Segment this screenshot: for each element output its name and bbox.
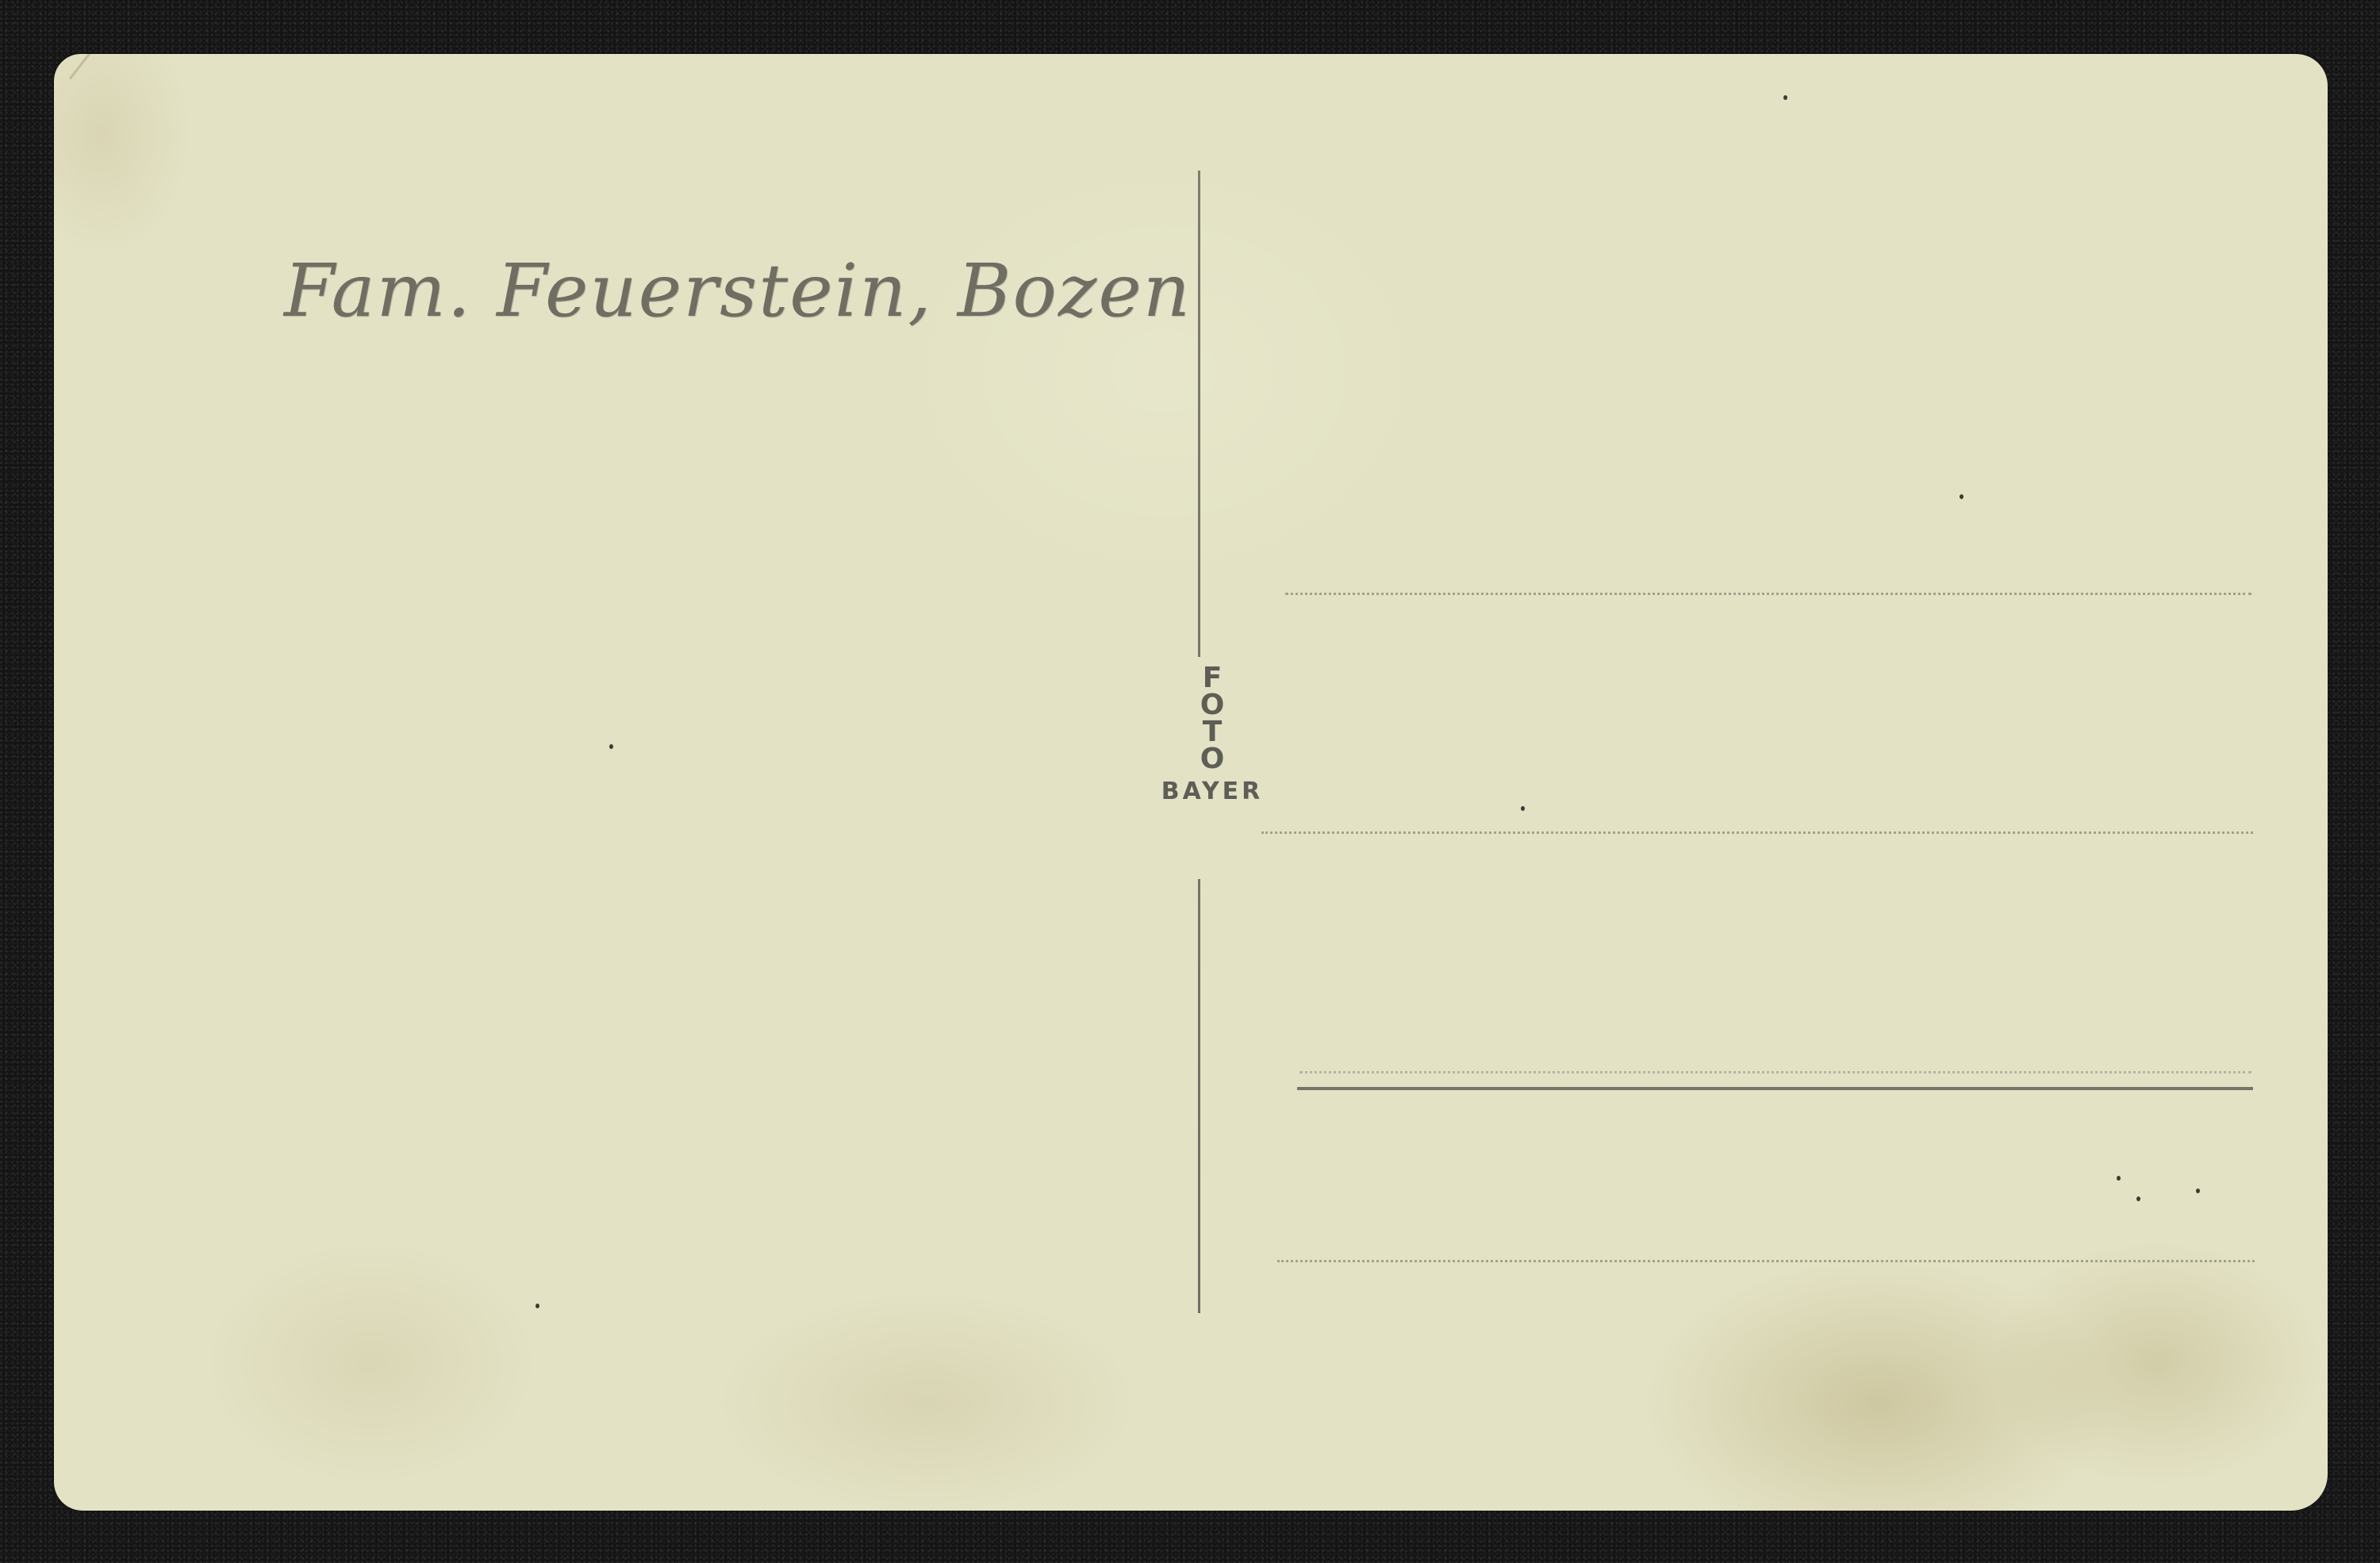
- imprint-letter: O: [1200, 692, 1225, 719]
- corner-crease: [69, 54, 134, 79]
- handwritten-note: Fam. Feuerstein, Bozen: [284, 248, 1192, 333]
- address-line-4: [1297, 1087, 2253, 1090]
- address-line-2: [1261, 831, 2253, 834]
- paper-speck: [2117, 1176, 2121, 1181]
- paper-speck: [2136, 1196, 2140, 1201]
- address-line-3: [1299, 1071, 2251, 1073]
- imprint-vertical-text: F O T O: [1141, 665, 1284, 773]
- postcard-back: Fam. Feuerstein, Bozen F O T O BAYER: [54, 54, 2328, 1511]
- paper-speck: [1960, 494, 1963, 499]
- imprint-letter: F: [1203, 665, 1223, 692]
- imprint-letter: O: [1200, 746, 1225, 773]
- imprint-letter: T: [1203, 719, 1223, 746]
- address-line-5: [1277, 1260, 2255, 1262]
- paper-speck: [2196, 1189, 2200, 1193]
- photographer-imprint: F O T O BAYER: [1141, 665, 1284, 805]
- paper-speck: [1521, 806, 1525, 811]
- address-line-1: [1285, 593, 2251, 595]
- paper-speck: [609, 744, 613, 749]
- imprint-name: BAYER: [1141, 778, 1284, 805]
- paper-speck: [1783, 95, 1787, 100]
- paper-speck: [535, 1304, 539, 1308]
